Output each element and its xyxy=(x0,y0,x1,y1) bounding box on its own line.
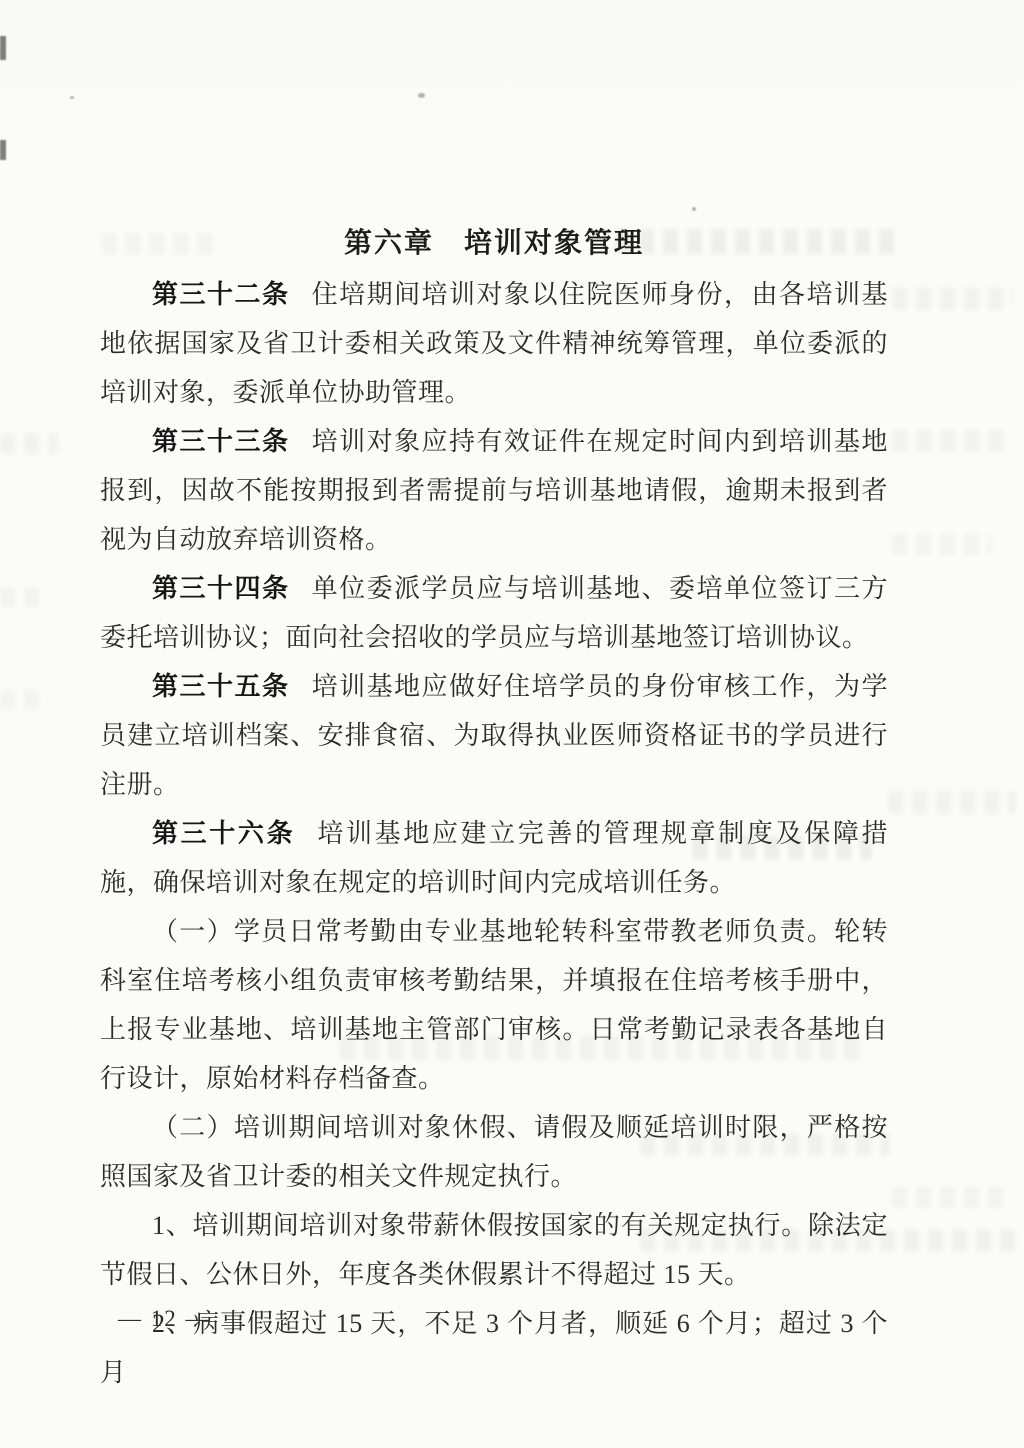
item-1-attendance-paragraph: （一）学员日常考勤由专业基地轮转科室带教老师负责。轮转科室住培考核小组负责审核考… xyxy=(100,907,888,1103)
article-35-paragraph: 第三十五条培训基地应做好住培学员的身份审核工作，为学员建立培训档案、安排食宿、为… xyxy=(100,662,888,809)
chapter-title: 第六章 培训对象管理 xyxy=(100,224,888,262)
scan-speck xyxy=(692,207,696,211)
document-body: 第六章 培训对象管理 第三十二条住培期间培训对象以住院医师身份，由各培训基地依据… xyxy=(100,214,888,1397)
bleed-through-smudge xyxy=(892,430,1010,452)
scan-edge-mark xyxy=(0,36,6,60)
bleed-through-smudge xyxy=(892,287,1014,310)
article-35-number: 第三十五条 xyxy=(152,671,289,701)
bleed-through-smudge xyxy=(892,534,992,555)
subitem-2-text: 2、病事假超过 15 天，不足 3 个月者，顺延 6 个月；超过 3 个月 xyxy=(100,1309,888,1387)
subitem-1-paid-leave-paragraph: 1、培训期间培训对象带薪休假按国家的有关规定执行。除法定节假日、公休日外，年度各… xyxy=(100,1201,888,1299)
article-34-number: 第三十四条 xyxy=(152,573,289,603)
scan-edge-mark xyxy=(0,140,6,160)
article-32-paragraph: 第三十二条住培期间培训对象以住院医师身份，由各培训基地依据国家及省卫计委相关政策… xyxy=(100,270,888,417)
item-1-text: （一）学员日常考勤由专业基地轮转科室带教老师负责。轮转科室住培考核小组负责审核考… xyxy=(100,917,888,1093)
item-2-text: （二）培训期间培训对象休假、请假及顺延培训时限，严格按照国家及省卫计委的相关文件… xyxy=(100,1113,888,1191)
scan-speck xyxy=(418,93,425,98)
scanned-document-page: 第六章 培训对象管理 第三十二条住培期间培训对象以住院医师身份，由各培训基地依据… xyxy=(0,0,1024,1448)
bleed-through-smudge xyxy=(0,690,40,709)
bleed-through-smudge xyxy=(0,433,58,454)
article-33-number: 第三十三条 xyxy=(152,426,289,456)
article-36-paragraph: 第三十六条培训基地应建立完善的管理规章制度及保障措施，确保培训对象在规定的培训时… xyxy=(100,809,888,907)
article-36-number: 第三十六条 xyxy=(152,818,295,848)
bleed-through-smudge xyxy=(0,588,48,607)
article-34-paragraph: 第三十四条单位委派学员应与培训基地、委培单位签订三方委托培训协议；面向社会招收的… xyxy=(100,564,888,662)
article-33-paragraph: 第三十三条培训对象应持有效证件在规定时间内到培训基地报到，因故不能按期报到者需提… xyxy=(100,417,888,564)
article-32-number: 第三十二条 xyxy=(152,279,289,309)
scan-speck xyxy=(70,96,74,99)
bleed-through-smudge xyxy=(888,791,1016,814)
page-number: — 12 — xyxy=(118,1306,211,1332)
subitem-2-sick-leave-paragraph: 2、病事假超过 15 天，不足 3 个月者，顺延 6 个月；超过 3 个月 xyxy=(100,1299,888,1397)
subitem-1-text: 1、培训期间培训对象带薪休假按国家的有关规定执行。除法定节假日、公休日外，年度各… xyxy=(100,1211,888,1289)
bleed-through-smudge xyxy=(892,1187,1010,1208)
item-2-leave-paragraph: （二）培训期间培训对象休假、请假及顺延培训时限，严格按照国家及省卫计委的相关文件… xyxy=(100,1103,888,1201)
